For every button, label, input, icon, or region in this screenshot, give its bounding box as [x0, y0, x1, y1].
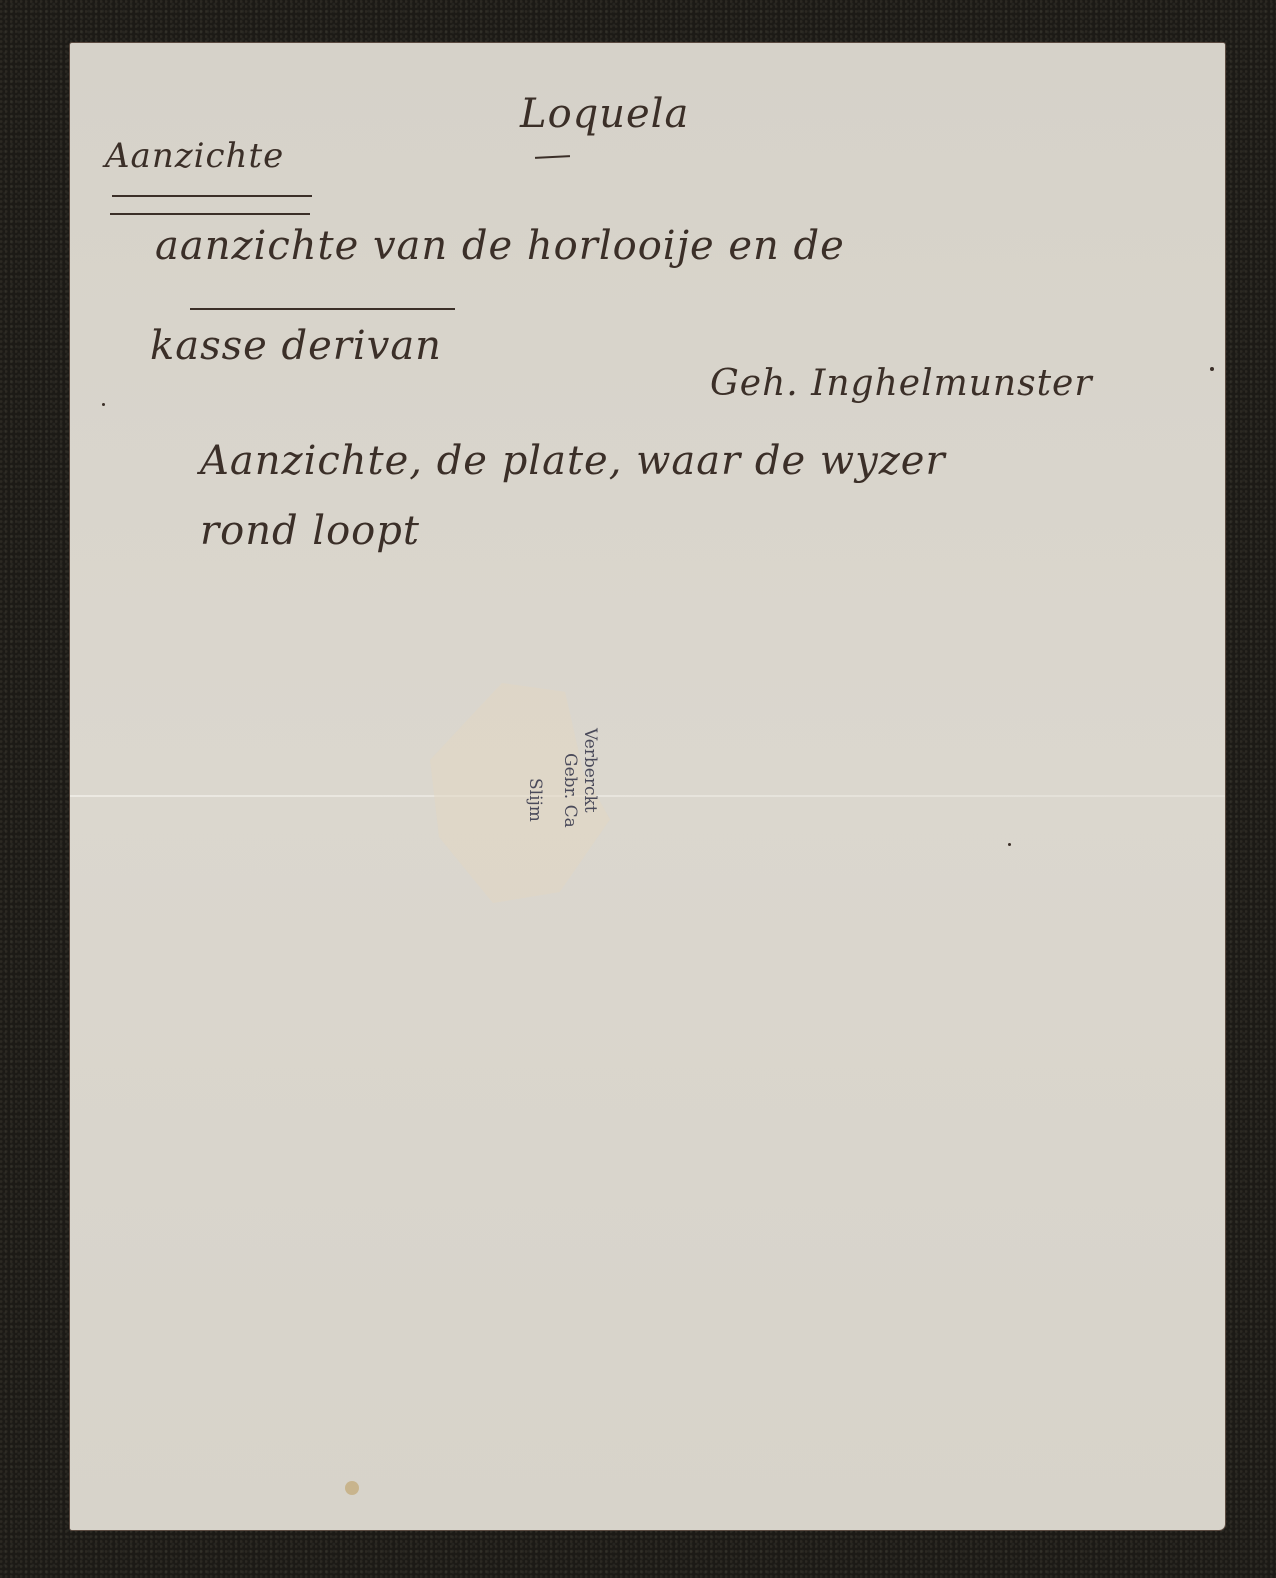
keyword-underline-second — [110, 213, 310, 215]
keyword-underline — [112, 195, 312, 197]
title-dash — [535, 155, 570, 159]
entry-line-4: rond loopt — [200, 508, 420, 554]
entry-word-underline — [190, 308, 455, 310]
keyword-heading: Aanzichte — [105, 136, 284, 176]
source-attribution: Geh. Inghelmunster — [710, 363, 1093, 404]
ink-dot — [102, 403, 105, 406]
stamp-text: Slijm — [525, 778, 545, 822]
entry-line-2: kasse derivan — [150, 323, 442, 369]
entry-line-3: Aanzichte, de plate, waar de wyzer — [200, 438, 946, 484]
stamp-text: Verberckt — [580, 728, 600, 813]
ink-dot — [1210, 367, 1214, 371]
document-title: Loquela — [520, 91, 689, 137]
ink-dot — [1008, 843, 1011, 846]
entry-line-1: aanzichte van de horlooije en de — [155, 223, 845, 269]
stain-mark — [345, 1481, 359, 1495]
stamp-text: Gebr. Ca — [560, 753, 580, 828]
fold-line — [70, 795, 1225, 797]
document-sheet: Loquela Aanzichte aanzichte van de horlo… — [70, 43, 1225, 1530]
